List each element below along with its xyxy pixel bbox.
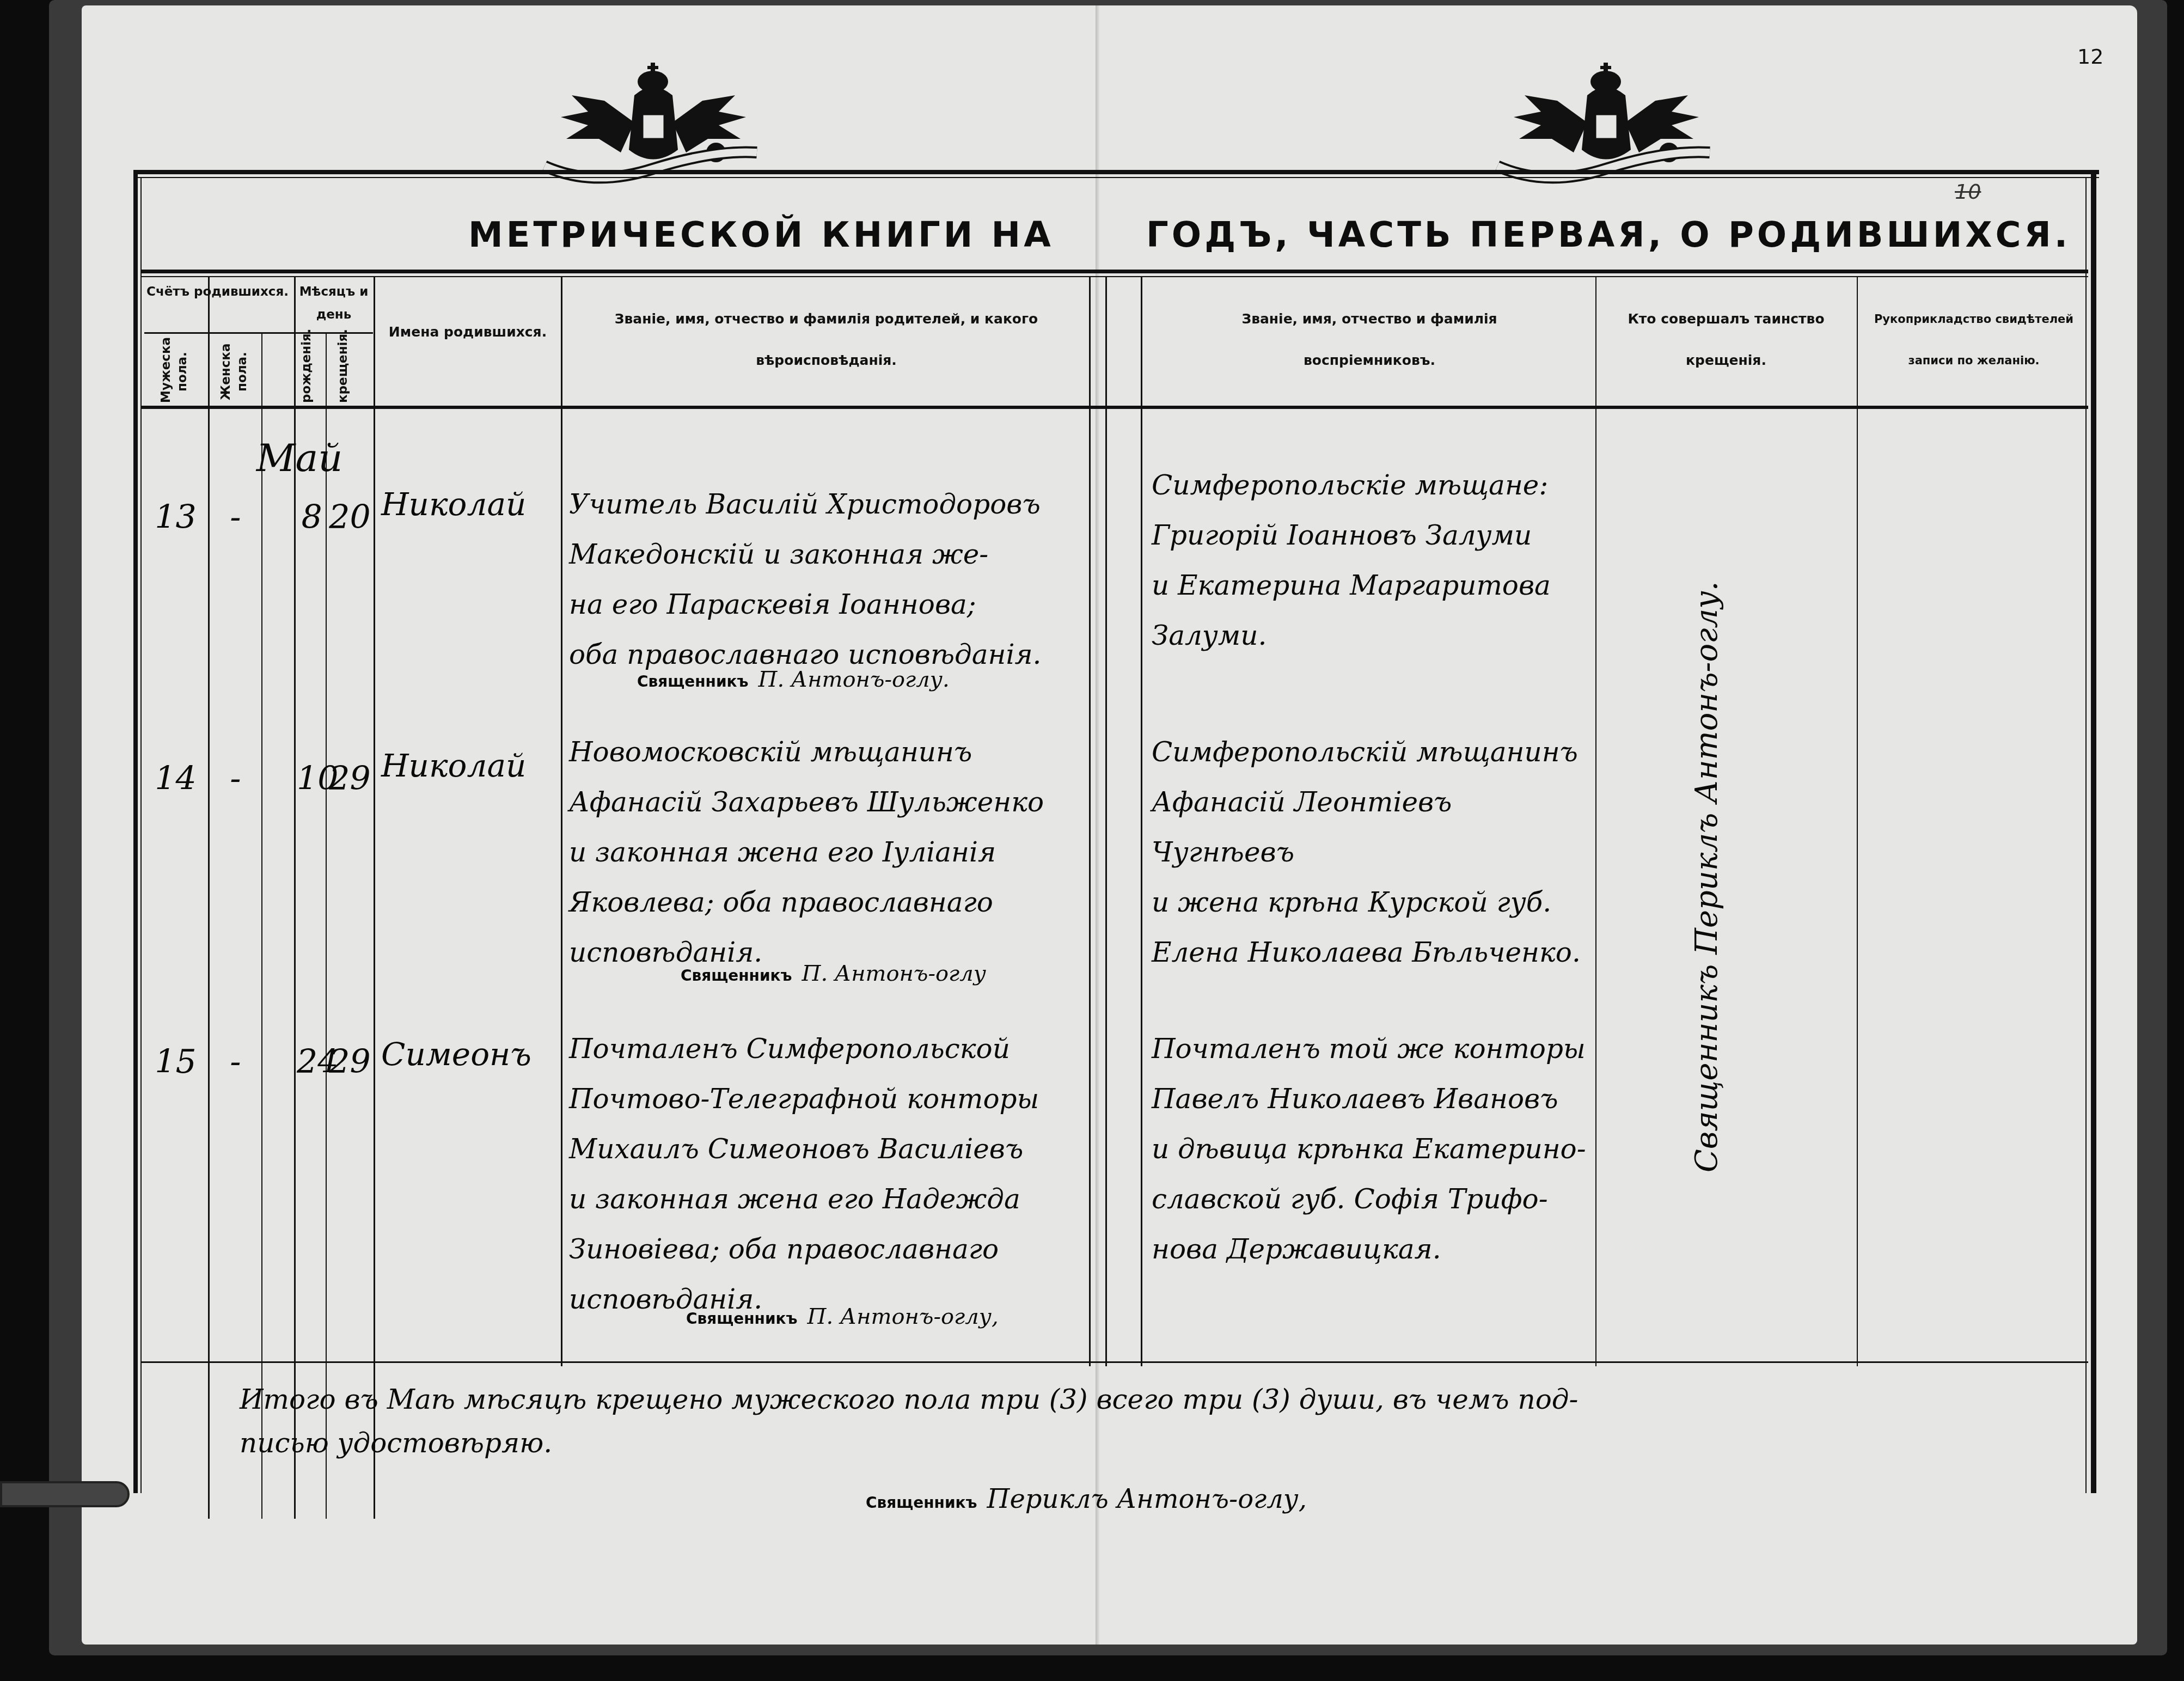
signature-label: Священникъ — [681, 967, 792, 985]
folio-number: 12 — [2077, 45, 2103, 69]
footer-rule — [142, 1361, 2088, 1363]
col-divider — [1089, 277, 1091, 1366]
signature-name: Периклъ Антонъ-оглу, — [987, 1484, 1307, 1514]
header-priest: Кто совершалъ таинство крещенія. — [1598, 298, 1854, 381]
godparents-text: Симферопольскіе мѣщане: Григорій Іоаннов… — [1152, 460, 1593, 661]
priest-signature: СвященникъП. Антонъ-оглу — [681, 961, 986, 986]
child-name: Симеонъ — [381, 1029, 531, 1079]
signature-name: П. Антонъ-оглу — [802, 961, 986, 986]
priest-signature: СвященникъП. Антонъ-оглу, — [686, 1304, 999, 1329]
parents-text: Учитель Василій Христодоровъ Македонскій… — [569, 479, 1086, 680]
footer-signature: СвященникъПериклъ Антонъ-оглу, — [866, 1484, 1307, 1514]
frame-top-rule-thin — [133, 177, 2099, 178]
frame-top-rule — [133, 170, 2099, 174]
parents-text: Новомосковскій мѣщанинъ Афанасій Захарье… — [569, 727, 1086, 977]
header-top-rule-thin — [142, 276, 2088, 277]
col-divider — [1105, 277, 1107, 1366]
female-count: - — [210, 760, 261, 798]
birth-day: 24 — [297, 1043, 327, 1081]
female-count: - — [210, 498, 261, 536]
male-count: 15 — [144, 1043, 207, 1081]
header-date-group: Мѣсяцъ и день — [295, 280, 372, 326]
col-divider — [1595, 277, 1596, 1366]
signature-label: Священникъ — [686, 1310, 798, 1328]
priest-column-text: Священникъ Периклъ Антонъ-оглу. — [1683, 528, 1732, 1225]
register-title-left: МЕТРИЧЕСКОЙ КНИГИ НА — [468, 215, 1054, 255]
col-divider — [261, 333, 262, 1366]
birth-day: 8 — [297, 498, 327, 536]
col-divider — [1857, 277, 1858, 1366]
male-count: 13 — [144, 498, 207, 536]
godparents-text: Почталенъ той же конторы Павелъ Николаев… — [1152, 1024, 1593, 1274]
priest-signature: СвященникъП. Антонъ-оглу. — [637, 667, 950, 692]
header-count-male: Мужеска пола. — [158, 340, 191, 403]
header-date-baptism: крещенія. — [335, 340, 351, 403]
female-count: - — [210, 1043, 261, 1081]
signature-label: Священникъ — [866, 1494, 977, 1512]
baptism-day: 20 — [327, 498, 373, 536]
signature-name: П. Антонъ-оглу. — [758, 667, 950, 692]
old-folio-mark: 10 — [1955, 180, 1981, 204]
birth-day: 10 — [297, 760, 327, 798]
frame-left-border — [133, 170, 138, 1493]
header-witness-sign: Рукоприкладство свидѣтелей записи по жел… — [1859, 298, 2088, 381]
header-count-female: Женска пола. — [218, 340, 250, 403]
col-divider — [208, 1366, 210, 1519]
double-headed-eagle-icon — [539, 57, 768, 188]
col-divider — [374, 277, 375, 1519]
col-divider — [208, 277, 210, 1366]
header-bottom-rule — [142, 406, 2088, 409]
register-title-right: ГОДЪ, ЧАСТЬ ПЕРВАЯ, О РОДИВШИХСЯ. — [1146, 215, 2071, 255]
header-parents: Званіе, имя, отчество и фамилія родителе… — [566, 298, 1086, 381]
header-date-birth: рожденія. — [298, 340, 315, 403]
baptism-day: 29 — [327, 1043, 373, 1081]
summary-line-1: Итого въ Маѣ мѣсяцѣ крещено мужеского по… — [240, 1383, 2091, 1416]
bookmark-ribbon — [0, 1481, 130, 1507]
male-count: 14 — [144, 760, 207, 798]
header-count-group: Счётъ родившихся. — [143, 280, 292, 303]
col-divider — [561, 277, 562, 1366]
header-top-rule — [142, 270, 2088, 273]
summary-line-2: писью удостовѣряю. — [240, 1427, 552, 1459]
header-names: Имена родившихся. — [376, 321, 560, 343]
signature-name: П. Антонъ-оглу, — [807, 1304, 999, 1329]
signature-label: Священникъ — [637, 673, 749, 690]
child-name: Николай — [381, 479, 526, 529]
col-divider — [261, 1366, 262, 1519]
month-label: Май — [256, 436, 343, 480]
parents-text: Почталенъ Симферопольской Почтово-Телегр… — [569, 1024, 1086, 1324]
frame-left-border-thin — [140, 177, 142, 1493]
godparents-text: Симферопольскій мѣщанинъ Афанасій Леонті… — [1152, 727, 1593, 977]
header-godparents: Званіе, имя, отчество и фамилія воспріем… — [1146, 298, 1593, 381]
col-divider — [1141, 277, 1142, 1366]
baptism-day: 29 — [327, 760, 373, 798]
frame-right-border — [2091, 170, 2096, 1493]
double-headed-eagle-icon — [1492, 57, 1721, 188]
child-name: Николай — [381, 741, 526, 791]
